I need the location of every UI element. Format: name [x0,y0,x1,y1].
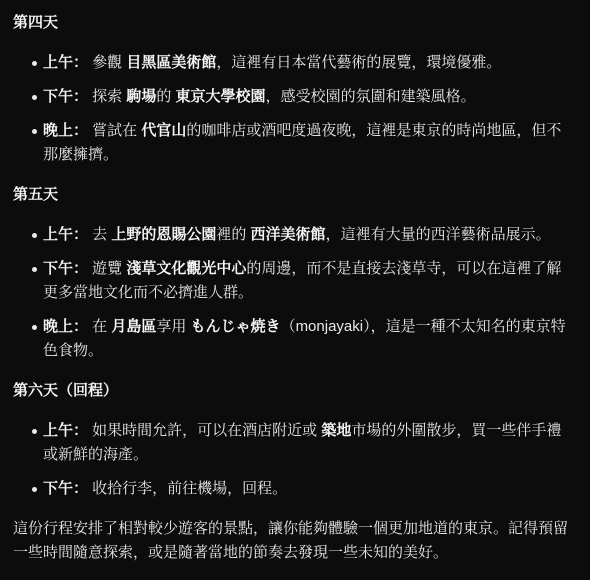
list-item: 下午： 探索 駒場的 東京大學校園，感受校園的氛圍和建築風格。 [13,85,576,109]
day-activity-list: 上午： 參觀 目黑區美術館，這裡有日本當代藝術的展覽，環境優雅。下午： 探索 駒… [13,51,576,167]
text-segment: ，這裡有大量的西洋藝術品展示。 [326,226,551,243]
bold-text-segment: 下午： [43,88,88,105]
closing-paragraph: 這份行程安排了相對較少遊客的景點，讓你能夠體驗一個更加地道的東京。記得預留一些時… [13,517,576,565]
bold-text-segment: もんじゃ焼き [191,318,281,335]
list-item: 上午： 參觀 目黑區美術館，這裡有日本當代藝術的展覽，環境優雅。 [13,51,576,75]
list-item: 上午： 如果時間允許，可以在酒店附近或 築地市場的外圍散步，買一些伴手禮或新鮮的… [13,419,576,467]
bold-text-segment: 築地 [321,422,351,439]
day-heading: 第六天（回程） [13,379,576,403]
bold-text-segment: 月島區 [111,318,156,335]
bold-text-segment: 目黑區美術館 [126,54,216,71]
list-item: 晚上： 在 月島區享用 もんじゃ焼き（monjayaki），這是一種不太知名的東… [13,315,576,363]
bullet-dot-icon [32,233,37,238]
bold-text-segment: 淺草文化觀光中心 [126,260,246,277]
bullet-dot-icon [32,487,37,492]
itinerary-sections: 第四天上午： 參觀 目黑區美術館，這裡有日本當代藝術的展覽，環境優雅。下午： 探… [13,11,576,501]
text-segment: 裡的 [216,226,250,243]
bold-text-segment: 上午： [43,54,88,71]
text-segment: 探索 [88,88,126,105]
bold-text-segment: 下午： [43,260,88,277]
text-segment: 收拾行李，前往機場，回程。 [88,480,287,497]
bullet-dot-icon [32,325,37,330]
day-heading: 第五天 [13,183,576,207]
text-segment: 享用 [156,318,190,335]
day-heading: 第四天 [13,11,576,35]
bold-text-segment: 東京大學校園 [176,88,266,105]
text-segment: 如果時間允許，可以在酒店附近或 [88,422,321,439]
text-segment: 參觀 [88,54,126,71]
list-item: 下午： 收拾行李，前往機場，回程。 [13,477,576,501]
bullet-dot-icon [32,429,37,434]
bold-text-segment: 下午： [43,480,88,497]
day-activity-list: 上午： 去 上野的恩賜公園裡的 西洋美術館，這裡有大量的西洋藝術品展示。下午： … [13,223,576,363]
text-segment: 嘗試在 [88,122,141,139]
day-activity-list: 上午： 如果時間允許，可以在酒店附近或 築地市場的外圍散步，買一些伴手禮或新鮮的… [13,419,576,501]
bold-text-segment: 駒場 [126,88,156,105]
text-segment: 遊覽 [88,260,126,277]
bullet-dot-icon [32,267,37,272]
bullet-dot-icon [32,95,37,100]
list-item: 晚上： 嘗試在 代官山的咖啡店或酒吧度過夜晚，這裡是東京的時尚地區，但不那麼擁擠… [13,119,576,167]
bold-text-segment: 西洋美術館 [251,226,326,243]
bold-text-segment: 上午： [43,422,88,439]
bold-text-segment: 上野的恩賜公園 [111,226,216,243]
list-item: 下午： 遊覽 淺草文化觀光中心的周邊，而不是直接去淺草寺，可以在這裡了解更多當地… [13,257,576,305]
text-segment: 的 [156,88,175,105]
list-item: 上午： 去 上野的恩賜公園裡的 西洋美術館，這裡有大量的西洋藝術品展示。 [13,223,576,247]
text-segment: 在 [88,318,111,335]
text-segment: 去 [88,226,111,243]
bold-text-segment: 晚上： [43,122,88,139]
text-segment: ，這裡有日本當代藝術的展覽，環境優雅。 [216,54,501,71]
bold-text-segment: 晚上： [43,318,88,335]
bold-text-segment: 上午： [43,226,88,243]
bullet-dot-icon [32,129,37,134]
bold-text-segment: 代官山 [141,122,186,139]
text-segment: ，感受校園的氛圍和建築風格。 [266,88,476,105]
itinerary-document: 第四天上午： 參觀 目黑區美術館，這裡有日本當代藝術的展覽，環境優雅。下午： 探… [0,0,590,565]
bullet-dot-icon [32,61,37,66]
